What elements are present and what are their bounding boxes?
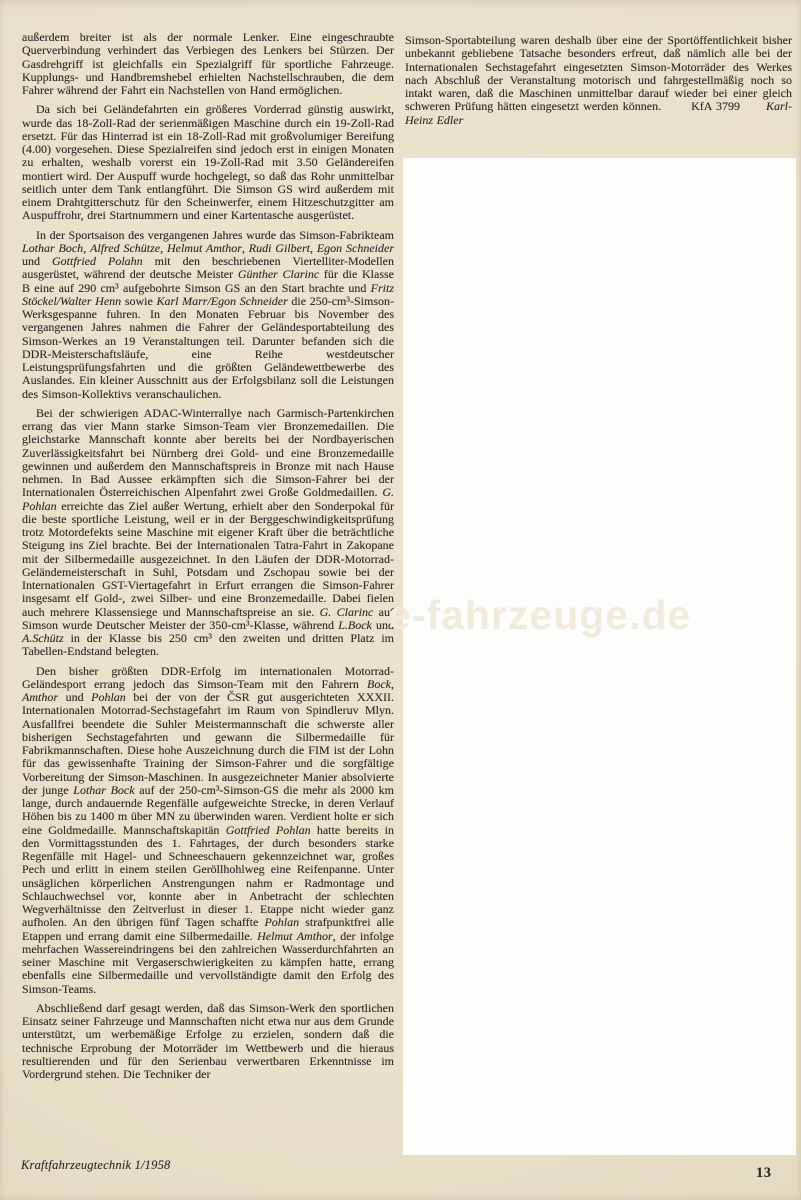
italic-text-run: Lothar Bock bbox=[73, 783, 134, 797]
italic-text-run: Karl Marr/Egon Schneider bbox=[156, 294, 287, 308]
footer-page-number: 13 bbox=[756, 1165, 772, 1182]
text-run: erreichte das Ziel außer Wertung, erhiel… bbox=[22, 499, 394, 619]
italic-text-run: G. Clarinc bbox=[320, 605, 374, 619]
italic-text-run: Egon Schneider bbox=[317, 241, 394, 255]
text-run: , bbox=[242, 241, 249, 255]
text-run: , bbox=[160, 241, 167, 255]
paragraph: Abschließend darf gesagt werden, daß das… bbox=[22, 1002, 394, 1082]
italic-text-run: Pohlan bbox=[91, 690, 126, 704]
italic-text-run: Günther Clarinc bbox=[238, 267, 319, 281]
footer-journal-title: Kraftfahrzeugtechnik 1/1958 bbox=[21, 1158, 171, 1173]
italic-text-run: Pohlan bbox=[264, 915, 299, 929]
text-run: hatte bereits in den Vormittagsstunden d… bbox=[22, 823, 394, 930]
text-run: und bbox=[372, 618, 394, 632]
italic-text-run: Rudi Gilbert bbox=[249, 241, 310, 255]
italic-text-run: Lothar Boch bbox=[22, 241, 83, 255]
left-text-column: außerdem breiter ist als der normale Len… bbox=[22, 31, 394, 1087]
italic-text-run: Helmut Amthor bbox=[257, 929, 333, 943]
text-run: und bbox=[58, 690, 91, 704]
text-run: Den bisher größten DDR-Erfolg im interna… bbox=[22, 664, 394, 691]
text-run: In der Sportsaison des vergangenen Jahre… bbox=[36, 228, 394, 242]
magazine-page: außerdem breiter ist als der normale Len… bbox=[0, 0, 801, 1200]
italic-text-run: Alfred Schütze bbox=[90, 241, 160, 255]
italic-text-run: Gottfried Polahn bbox=[52, 254, 143, 268]
right-text-column: Simson-Sportabteilung waren deshalb über… bbox=[405, 34, 792, 133]
text-run: außerdem breiter ist als der normale Len… bbox=[22, 30, 394, 97]
paragraph: außerdem breiter ist als der normale Len… bbox=[22, 31, 394, 97]
italic-text-run: A.Schütz bbox=[22, 631, 64, 645]
text-run: in der Klasse bis 250 cm³ den zweiten un… bbox=[22, 631, 394, 658]
text-run: , bbox=[310, 241, 317, 255]
text-run: , bbox=[391, 677, 394, 691]
paragraph: Da sich bei Geländefahrten ein größeres … bbox=[22, 103, 394, 222]
italic-text-run: Bock bbox=[367, 677, 391, 691]
text-run: bei der von der ČSR gut ausgerichteten X… bbox=[22, 690, 394, 797]
text-run: KfA 3799 bbox=[691, 99, 740, 113]
paragraph: Den bisher größten DDR-Erfolg im interna… bbox=[22, 665, 394, 996]
text-run: die 250-cm³-Simson-Werksgespanne fuhren.… bbox=[22, 294, 394, 401]
text-run: sowie bbox=[121, 294, 156, 308]
paragraph: Simson-Sportabteilung waren deshalb über… bbox=[405, 34, 792, 127]
text-run: und bbox=[22, 254, 52, 268]
italic-text-run: Helmut Amthor bbox=[167, 241, 242, 255]
photo-placeholder bbox=[403, 158, 796, 1155]
text-run: Bei der schwierigen ADAC-Winterrallye na… bbox=[22, 406, 394, 500]
italic-text-run: L.Bock bbox=[338, 618, 372, 632]
paragraph: Bei der schwierigen ADAC-Winterrallye na… bbox=[22, 407, 394, 659]
italic-text-run: Gottfried Pohlan bbox=[226, 823, 311, 837]
paragraph: In der Sportsaison des vergangenen Jahre… bbox=[22, 229, 394, 401]
text-run: Da sich bei Geländefahrten ein größeres … bbox=[22, 102, 394, 222]
italic-text-run: Amthor bbox=[22, 690, 58, 704]
text-run: Abschließend darf gesagt werden, daß das… bbox=[22, 1001, 394, 1081]
